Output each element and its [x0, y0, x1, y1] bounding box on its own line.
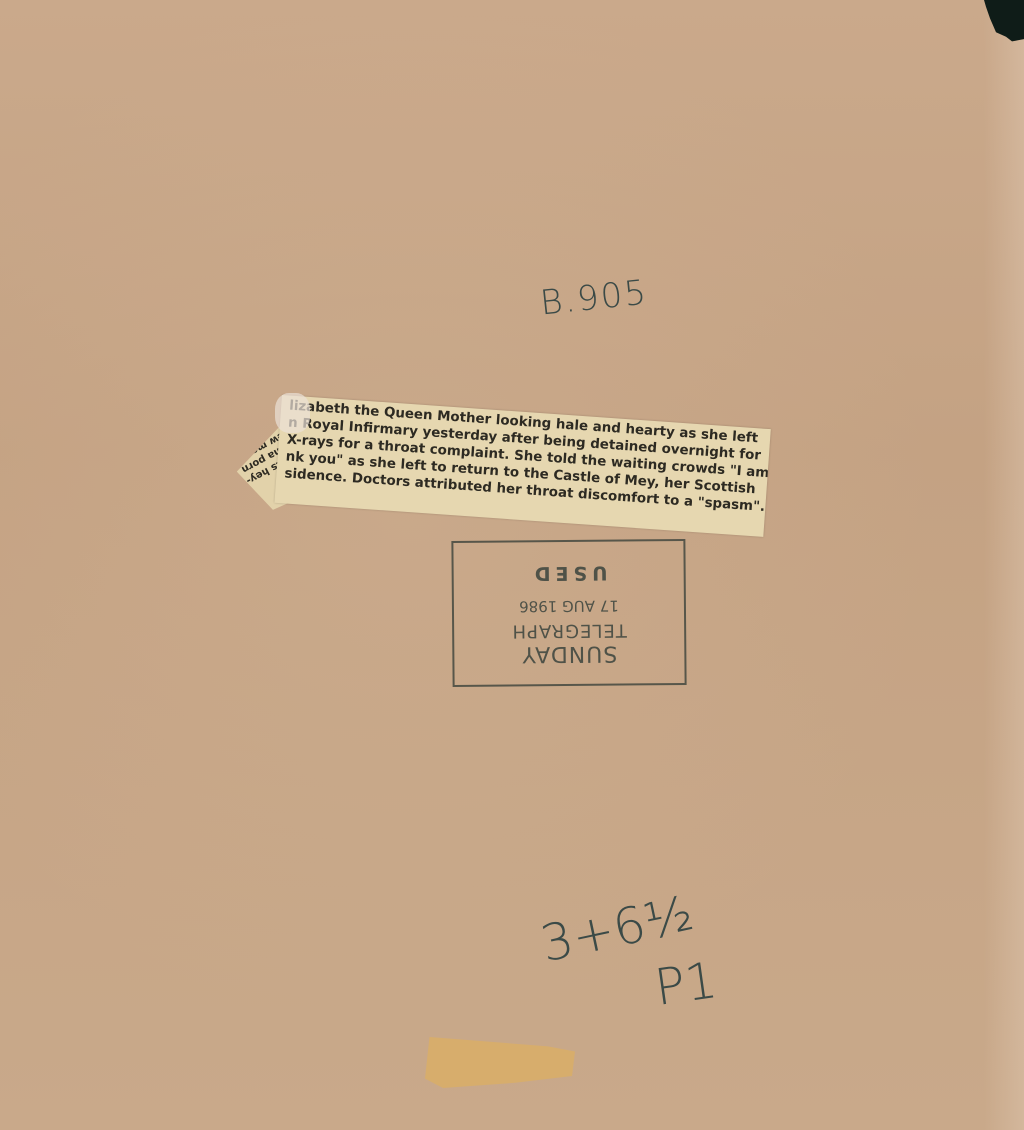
paper-edge [984, 0, 1024, 1130]
tape-residue [275, 393, 310, 433]
stamp-date: 17 AUG 1986 [519, 595, 619, 618]
stamp-publication: SUNDAY [521, 641, 617, 666]
stamp-publication-2: TELEGRAPH [511, 618, 626, 641]
page-note-handwriting: P1 [651, 951, 720, 1017]
sunday-telegraph-stamp: SUNDAY TELEGRAPH 17 AUG 1986 USED [451, 539, 686, 687]
stamp-status: USED [530, 561, 608, 586]
